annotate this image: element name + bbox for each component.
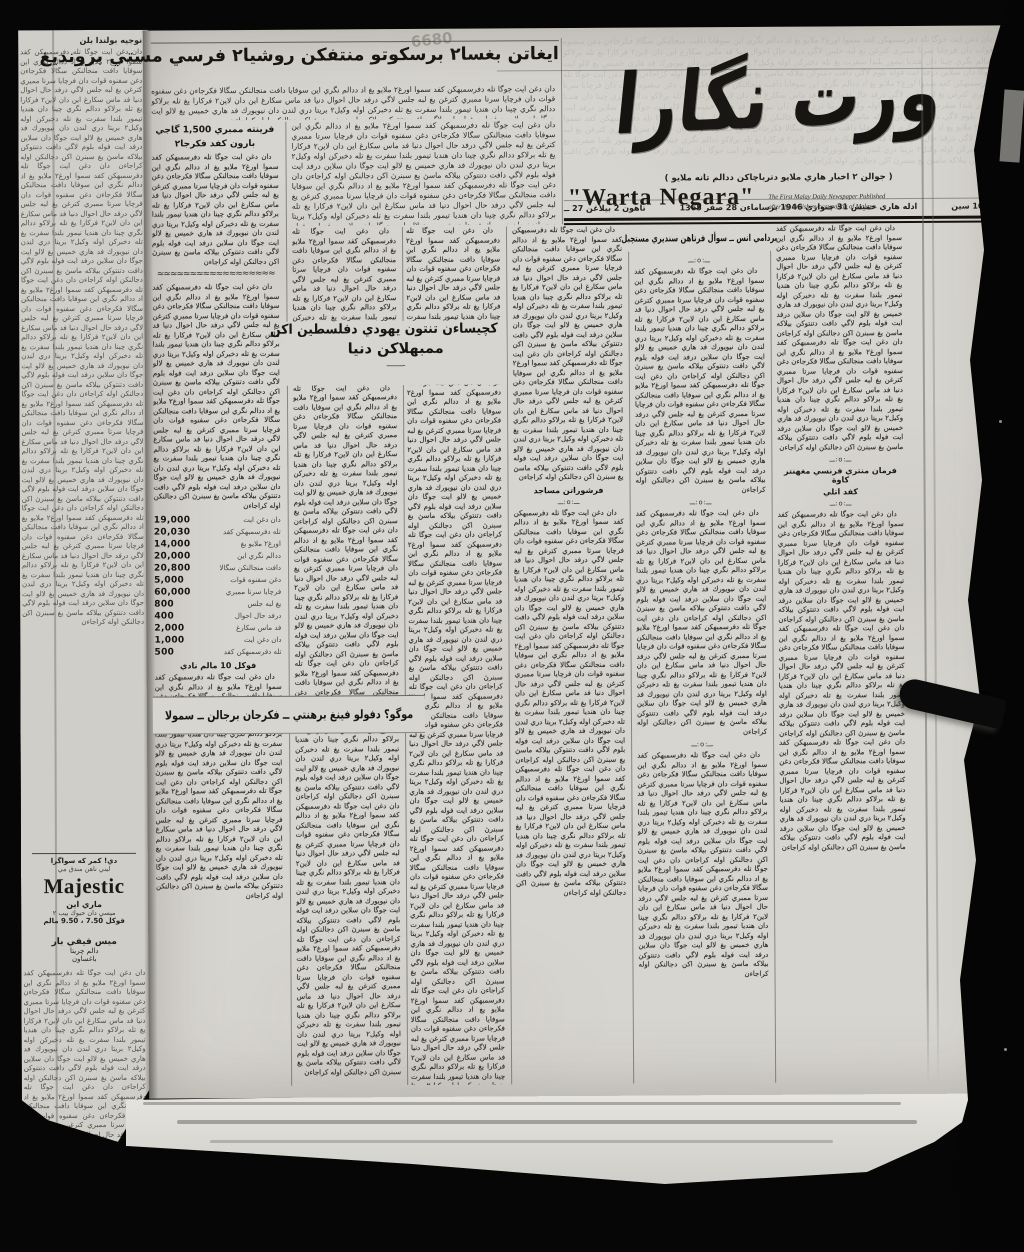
page-stack-edges [126,1088,968,1214]
figure-line: ددالم نگري اين20,000 [154,550,281,563]
penang-strike-headline: موگو؟ دفولو فينغ برهنتي ــ فكرجان برجالن… [165,707,413,723]
majestic-ad: دي! كمر كه سواگرا ليني تاهن مندق مي Maje… [23,857,145,963]
dateline-date: ادله هاري خميس 31 جنواري 1946 برساماءن 2… [680,202,918,212]
strip-rule [31,853,136,854]
figure-number: 60,000 [154,586,191,598]
figure-number: 1,000 [154,634,184,646]
figure-line: تله دفرسمبهكن كفد500 [155,646,282,659]
figure-number: 5,000 [154,574,184,586]
underlying-page: نوجيه بولندا بلن دان دغن ايت جوگا تله دف… [18,30,152,1142]
figure-number: 19,000 [154,514,191,526]
body-column-6: دان دغن ايت جوگا تله دفرسمبهكن كفد سموا … [776,224,907,1083]
figure-line: دان دغن ايت1,000 [154,634,281,647]
column-lead-headline: فرينته ممبري 1,500 گاجي بارون كفد فكرجا٢ [151,124,278,152]
figure-label: فد ماس سكارغ [236,622,281,634]
masthead-latin-row: "Warta Negara" The First Malay Daily New… [564,182,994,219]
column-subheadline: كفد اتلي [778,487,904,497]
star-name-line: ميس فيفي بار [23,937,145,947]
ad-note-line: ليني تاهن مندق مي [23,865,145,873]
column-divider [770,225,776,1083]
lead-article-continuation: دان دغن ايت جوگا تله دفرسمبهكن كفد سموا … [291,120,556,226]
figure-label: درفد حال احوال [235,610,282,622]
figure-number: 20,800 [154,562,191,574]
column-divider [285,122,292,1086]
figure-label: دان دغن ايت [244,634,282,646]
body-text: دان دغن ايت جوگا تله دفرسمبهكن كفد سموا … [512,226,624,483]
dust-speck [1004,1048,1007,1051]
body-text: دان دغن ايت جوگا تله دفرسمبهكن كفد سموا … [778,510,906,853]
dateline-issue: تاهون 2 بيلاغن 27 ــ [564,204,646,213]
body-column-5: ـــ:o:ـــدان دغن ايت جوگا تله دفرسمبهكن … [634,253,769,1084]
lead-article-text: دان دغن ايت جوگا تله دفرسمبهكن كفد سموا … [151,84,555,120]
section-separator: ـــ:o:ـــ [777,455,903,464]
ad-line-2: ميسي دان حيوك بيب ٢ [23,909,145,917]
figure-line: اورغ٢ ملايو يغ14,000 [154,538,281,551]
figure-line: دغن سفنوه قوات5,000 [154,574,281,587]
wavy-divider: ≈≈≈≈≈≈≈≈≈≈≈≈≈≈≈≈≈≈ [152,270,279,281]
figure-line: دان دغن ايت19,000 [154,514,281,527]
figure-line: تله دفرسمبهكن كفد20,030 [154,526,281,539]
column-subheadline: فوكل 10 مالم نادي [155,661,282,671]
headline-ornament: ـــــــــ [285,359,507,368]
body-text: دان دغن ايت جوگا تله دفرسمبهكن كفد سموا … [636,509,767,738]
figure-number: 20,030 [154,526,191,538]
figure-number: 800 [154,598,174,610]
body-text: دان دغن ايت جوگا تله دفرسمبهكن كفد سموا … [152,283,280,512]
column-subheadline: فرمان منتري فرنسي مغهنتر كاوة [777,466,903,485]
body-text: دان دغن ايت جوگا تله دفرسمبهكن كفد سموا … [514,508,626,898]
palestine-headline-line2: ممبهلاكن دنيا [285,340,507,357]
self-defense-headline-block: بردامي انس ــ سوأل فرتاهن سنديري مستچبل [626,225,772,252]
body-column-1: فرينته ممبري 1,500 گاجي بارون كفد فكرجا٢… [151,122,284,1087]
section-separator: ـــ:o:ـــ [636,498,766,507]
strip-body-text: دان دغن ايت جوگا تله دفرسمبهكن كفد سموا … [20,48,145,848]
figure-number: 2,000 [154,622,184,634]
penang-strike-headline-block: موگو؟ دفولو فينغ برهنتي ــ فكرجان برجالن… [153,695,425,735]
column-subheadline: فرشوراتن مساجد [514,485,624,495]
body-column-4: دان دغن ايت جوگا تله دفرسمبهكن كفد سموا … [512,226,627,1085]
figure-label: اورغ٢ ملايو يغ [241,538,281,550]
ad-line-1: ماري اين [23,900,145,909]
strip-partial-headline: نوجيه بولندا بلن [20,36,142,45]
figure-label: دان دغن ايت [243,514,281,526]
palestine-headline-line1: كچيساءن تنتون يهودي دفلسطين اكن [293,320,497,337]
majestic-title: Majestic [23,874,145,899]
figures-list: دان دغن ايت19,000تله دفرسمبهكن كفد20,030… [154,514,282,659]
palestine-headline-block: كچيساءن تنتون يهودي دفلسطين اكن ممبهلاكن… [285,320,507,385]
body-text: دان دغن ايت جوگا تله دفرسمبهكن كفد سموا … [637,751,768,980]
figure-line: يغ لبه جلس800 [154,598,281,611]
figure-label: فرچايا سرتا ممبري [226,586,281,598]
figure-line: درفد حال احوال400 [154,610,281,623]
figure-label: ددالم نگري اين [237,550,281,562]
figure-line: فرچايا سرتا ممبري60,000 [154,586,281,599]
section-separator: ـــ:o:ـــ [778,499,904,508]
dust-speck [999,420,1002,423]
newspaper-page: ايغاتن بغسا٢ برسكوتو منتفكن روشيا٢ فرسي … [143,25,1012,1098]
figure-label: تله دفرسمبهكن كفد [224,646,282,658]
figure-line: فد ماس سكارغ2,000 [154,622,281,635]
stack-streak [210,1140,833,1143]
stack-streak [177,1120,918,1124]
figure-number: 20,000 [154,550,191,562]
scanned-newspaper-scene: نوجيه بولندا بلن دان دغن ايت جوگا تله دف… [0,0,1024,1252]
genre-line: باغساون [23,955,145,963]
column-divider [628,226,634,1084]
showtimes-line: فوكل 7.50 ، 9.50 مالم [23,917,145,925]
section-separator: ـــ:o:ـــ [514,497,624,506]
column-divider [506,226,512,1084]
body-text: دان دغن ايت جوگا تله دفرسمبهكن كفد سموا … [634,267,765,496]
figure-label: تله دفرسمبهكن كفد [223,526,281,538]
figure-line: دافت منجالنكن سگالا20,800 [154,562,281,575]
figure-number: 500 [155,646,175,658]
section-separator: ـــ:o:ـــ [637,740,767,749]
stack-streak [143,1102,901,1105]
body-text: دان دغن ايت جوگا تله دفرسمبهكن كفد سموا … [151,153,279,268]
top-rule [151,40,559,43]
figure-number: 14,000 [154,538,191,550]
main-headline: ايغاتن بغسا٢ برسكوتو منتفكن روشيا٢ فرسي … [151,44,559,66]
figure-number: 400 [154,610,174,622]
figure-label: دافت منجالنكن سگالا [219,562,281,574]
figure-label: دغن سفنوه قوات [230,574,281,586]
body-text: دان دغن ايت جوگا تله دفرسمبهكن كفد سموا … [776,224,903,453]
section-separator: ـــ:o:ـــ [634,256,764,265]
self-defense-headline: بردامي انس ــ سوأل فرتاهن سنديري مستچبل [621,232,777,244]
figure-label: يغ لبه جلس [248,598,282,610]
